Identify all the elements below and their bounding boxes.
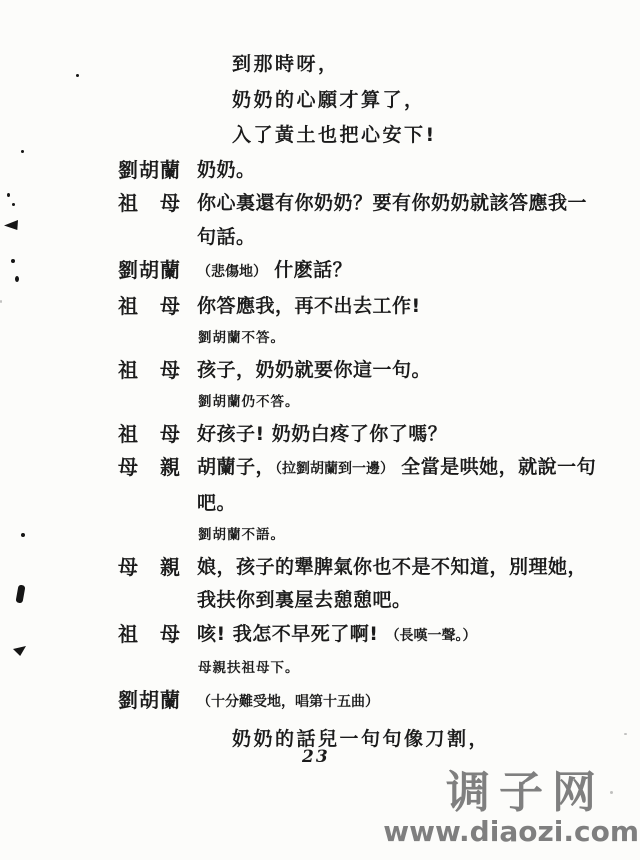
stage-note-inline: （長嘆一聲。） [386,628,477,644]
stage-note-inline: （十分難受地，唱第十五曲） [197,694,379,710]
speaker-name: 劉胡蘭 [118,684,197,718]
dialogue-block: 劉胡蘭（悲傷地） 什麽話？ [118,254,640,290]
script-content: 到那時呀，奶奶的心願才算了，入了黃土也把心安下!劉胡蘭奶奶。祖 母你心裏還有你奶… [0,47,640,758]
speech-text: 好孩子! 奶奶白疼了你了嗎？ [197,423,447,445]
watermark-site-name: 调子网 [383,770,605,816]
dialogue-block: 母 親胡蘭子，（拉劉胡蘭到一邊） 全當是哄她，就說一句吧。 [118,451,640,520]
speech-text: 吧。 [197,492,236,514]
dialogue-text: 娘，孩子的犟脾氣你也不是不知道，別理她，我扶你到裏屋去憩憩吧。 [197,551,640,618]
speaker-name: 母 親 [118,451,197,485]
verse-line: 奶奶的心願才算了， [232,83,640,119]
speaker-name: 祖 母 [118,290,197,324]
watermark: 调子网 www.diaozi.com [383,770,639,848]
speech-text: 咳! 我怎不早死了啊! [197,623,386,645]
dialogue-block: 劉胡蘭（十分難受地，唱第十五曲） [118,684,640,720]
speaker-name: 祖 母 [118,618,197,652]
dialogue-text: 胡蘭子，（拉劉胡蘭到一邊） 全當是哄她，就說一句吧。 [197,451,640,520]
speech-text: 我扶你到裏屋去憩憩吧。 [197,589,412,611]
dialogue-text: （悲傷地） 什麽話？ [197,254,640,290]
watermark-site-url: www.diaozi.com [383,816,639,848]
verse-line: 入了黃土也把心安下! [232,118,640,154]
stage-direction: 劉胡蘭不語。 [198,520,640,551]
speaker-name: 祖 母 [118,187,197,221]
speech-text: 娘，孩子的犟脾氣你也不是不知道，別理她， [197,556,587,578]
verse-line: 奶奶的話兒一句句像刀割， [232,722,640,758]
stage-note-inline: （悲傷地） [197,264,267,280]
speaker-name: 劉胡蘭 [118,154,197,188]
dialogue-text: 奶奶。 [197,154,640,188]
dialogue-text: 好孩子! 奶奶白疼了你了嗎？ [197,418,640,452]
stage-direction: 劉胡蘭不答。 [198,323,640,354]
dialogue-text: 你心裏還有你奶奶？要有你奶奶就該答應我一句話。 [197,187,640,254]
dialogue-text: （十分難受地，唱第十五曲） [197,684,640,720]
speaker-name: 祖 母 [118,354,197,388]
page-number: 23 [302,747,330,767]
verse-line: 到那時呀， [232,47,640,83]
speaker-name: 母 親 [118,551,197,585]
speech-text: 孩子，奶奶就要你這一句。 [197,359,431,381]
dialogue-block: 祖 母孩子，奶奶就要你這一句。 [118,354,640,388]
speech-text: 你心裏還有你奶奶？要有你奶奶就該答應我一 [197,192,587,214]
stage-direction: 劉胡蘭仍不答。 [198,387,640,418]
speech-text: 全當是哄她，就說一句 [394,456,596,478]
dialogue-block: 祖 母你答應我，再不出去工作! [118,290,640,324]
speech-text: 你答應我，再不出去工作! [197,295,421,317]
stage-direction: 母親扶祖母下。 [198,653,640,684]
dialogue-text: 你答應我，再不出去工作! [197,290,640,324]
dialogue-block: 祖 母好孩子! 奶奶白疼了你了嗎？ [118,418,640,452]
dialogue-block: 劉胡蘭奶奶。 [118,154,640,188]
speech-text: 什麽話？ [267,259,352,281]
speech-text: 句話。 [197,226,256,248]
script-page: 到那時呀，奶奶的心願才算了，入了黃土也把心安下!劉胡蘭奶奶。祖 母你心裏還有你奶… [0,0,640,860]
speaker-name: 祖 母 [118,418,197,452]
dialogue-block: 母 親娘，孩子的犟脾氣你也不是不知道，別理她，我扶你到裏屋去憩憩吧。 [118,551,640,618]
dialogue-block: 祖 母你心裏還有你奶奶？要有你奶奶就該答應我一句話。 [118,187,640,254]
dialogue-text: 孩子，奶奶就要你這一句。 [197,354,640,388]
stage-note-inline: （拉劉胡蘭到一邊） [275,461,394,477]
dialogue-block: 祖 母咳! 我怎不早死了啊! （長嘆一聲。） [118,618,640,654]
speaker-name: 劉胡蘭 [118,254,197,288]
speech-text: 奶奶。 [197,159,256,181]
speech-text: 胡蘭子， [197,456,275,478]
dialogue-text: 咳! 我怎不早死了啊! （長嘆一聲。） [197,618,640,654]
